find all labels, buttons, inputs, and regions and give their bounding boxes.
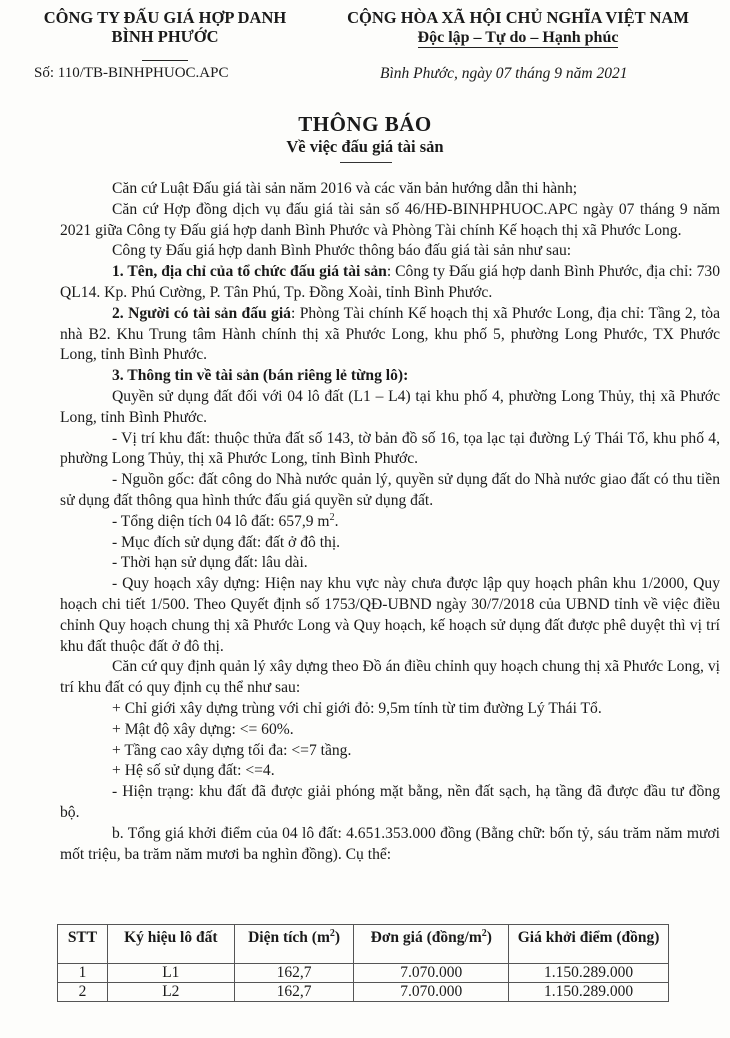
cell-lot-code: L1 [107, 964, 234, 983]
cell-stt: 1 [58, 964, 108, 983]
cell-unit-price: 7.070.000 [354, 964, 509, 983]
asset-term: - Thời hạn sử dụng đất: lâu dài. [60, 553, 720, 574]
area-suffix: . [335, 513, 339, 530]
cell-stt: 2 [58, 983, 108, 1002]
cell-starting-price: 1.150.289.000 [509, 964, 669, 983]
cell-area: 162,7 [234, 964, 354, 983]
asset-origin: - Nguồn gốc: đất công do Nhà nước quản l… [60, 470, 720, 512]
asset-planning: - Quy hoạch xây dựng: Hiện nay khu vực n… [60, 574, 720, 657]
lots-table: STT Ký hiệu lô đất Diện tích (m2) Đơn gi… [57, 924, 669, 1002]
header-stt: STT [58, 925, 108, 964]
header-area-text: Diện tích (m [248, 929, 330, 946]
rule-boundary: + Chỉ giới xây dựng trùng với chỉ giới đ… [60, 699, 720, 720]
issuer-underline [142, 60, 188, 61]
rule-density: + Mật độ xây dựng: <= 60%. [60, 720, 720, 741]
header-unit-price-close: ) [487, 929, 492, 946]
document-subtitle: Về việc đấu giá tài sản [0, 137, 730, 157]
header-area: Diện tích (m2) [234, 925, 354, 964]
asset-total-area: - Tổng diện tích 04 lô đất: 657,9 m2. [60, 512, 720, 533]
cell-starting-price: 1.150.289.000 [509, 983, 669, 1002]
header-area-close: ) [335, 929, 340, 946]
section-3-heading: 3. Thông tin về tài sản (bán riêng lẻ từ… [60, 366, 720, 387]
area-text: - Tổng diện tích 04 lô đất: 657,9 m [112, 513, 330, 530]
header-starting-price: Giá khởi điểm (đồng) [509, 925, 669, 964]
header-lot-code: Ký hiệu lô đất [107, 925, 234, 964]
section-2: 2. Người có tài sản đấu giá: Phòng Tài c… [60, 304, 720, 366]
table-row: 1 L1 162,7 7.070.000 1.150.289.000 [58, 964, 669, 983]
rule-land-use-coefficient: + Hệ số sử dụng đất: <=4. [60, 761, 720, 782]
issuer-header: CÔNG TY ĐẤU GIÁ HỢP DANH BÌNH PHƯỚC [30, 8, 300, 65]
national-header: CỘNG HÒA XÃ HỘI CHỦ NGHĨA VIỆT NAM Độc l… [318, 8, 718, 48]
legal-basis-2: Căn cứ Hợp đồng dịch vụ đấu giá tài sản … [60, 200, 720, 242]
section-2-label: 2. Người có tài sản đấu giá [112, 305, 291, 322]
date-line: Bình Phước, ngày 07 tháng 9 năm 2021 [380, 65, 627, 83]
legal-basis-1: Căn cứ Luật Đấu giá tài sản năm 2016 và … [60, 179, 720, 200]
asset-description: Quyền sử dụng đất đối với 04 lô đất (L1 … [60, 387, 720, 429]
document-number: Số: 110/TB-BINHPHUOC.APC [34, 65, 228, 82]
document-title: THÔNG BÁO [0, 112, 730, 137]
document-page: CÔNG TY ĐẤU GIÁ HỢP DANH BÌNH PHƯỚC CỘNG… [0, 0, 730, 1038]
issuer-name-line2: BÌNH PHƯỚC [30, 27, 300, 46]
total-starting-price: b. Tổng giá khởi điểm của 04 lô đất: 4.6… [60, 824, 720, 866]
cell-area: 162,7 [234, 983, 354, 1002]
title-divider [340, 162, 392, 163]
header-unit-price: Đơn giá (đồng/m2) [354, 925, 509, 964]
rule-height: + Tầng cao xây dựng tối đa: <=7 tầng. [60, 741, 720, 762]
national-motto: Độc lập – Tự do – Hạnh phúc [418, 29, 619, 48]
asset-location: - Vị trí khu đất: thuộc thửa đất số 143,… [60, 429, 720, 471]
section-3-label: 3. Thông tin về tài sản (bán riêng lẻ từ… [112, 367, 408, 384]
construction-rules-intro: Căn cứ quy định quản lý xây dựng theo Đồ… [60, 657, 720, 699]
section-1-label: 1. Tên, địa chỉ của tổ chức đấu giá tài … [112, 263, 387, 280]
cell-unit-price: 7.070.000 [354, 983, 509, 1002]
table-header-row: STT Ký hiệu lô đất Diện tích (m2) Đơn gi… [58, 925, 669, 964]
section-1: 1. Tên, địa chỉ của tổ chức đấu giá tài … [60, 262, 720, 304]
asset-status: - Hiện trạng: khu đất đã được giải phóng… [60, 782, 720, 824]
national-title: CỘNG HÒA XÃ HỘI CHỦ NGHĨA VIỆT NAM [318, 8, 718, 27]
issuer-name-line1: CÔNG TY ĐẤU GIÁ HỢP DANH [30, 8, 300, 27]
cell-lot-code: L2 [107, 983, 234, 1002]
asset-purpose: - Mục đích sử dụng đất: đất ở đô thị. [60, 533, 720, 554]
document-body: Căn cứ Luật Đấu giá tài sản năm 2016 và … [60, 179, 720, 865]
header-unit-price-text: Đơn giá (đồng/m [371, 929, 482, 946]
table-row: 2 L2 162,7 7.070.000 1.150.289.000 [58, 983, 669, 1002]
announcement-intro: Công ty Đấu giá hợp danh Bình Phước thôn… [60, 241, 720, 262]
